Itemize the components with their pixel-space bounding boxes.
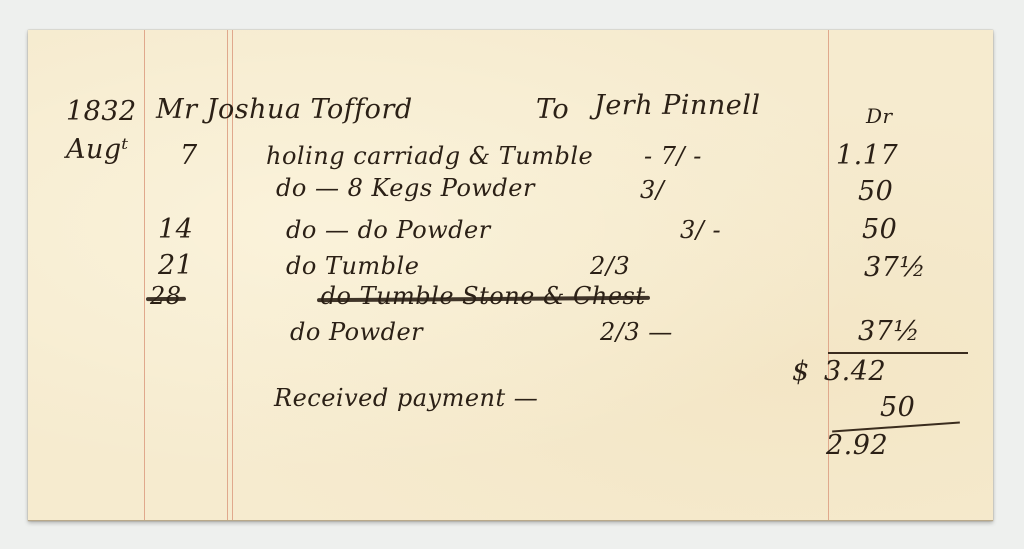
total-amount: 3.42 — [824, 356, 886, 387]
year: 1832 — [66, 96, 137, 127]
entry-amount: 1.17 — [836, 140, 898, 171]
dollar-sign: $ — [792, 356, 810, 387]
to-label: To — [536, 94, 569, 125]
entry-item: do Tumble — [286, 252, 419, 280]
entry-rate: - 7/ - — [644, 142, 702, 170]
entry-item: do — do Powder — [286, 216, 491, 244]
entry-rate: 3/ — [640, 176, 664, 204]
entry-item: do Tumble Stone & Chest — [321, 282, 646, 310]
ruled-line-date — [144, 30, 145, 520]
debit-label: Dr — [866, 104, 893, 128]
entry-day: 7 — [180, 140, 198, 171]
entry-day: 28 — [150, 282, 182, 310]
entry-amount: 50 — [858, 176, 893, 207]
entry-day: 14 — [158, 214, 193, 245]
entry-day: 21 — [158, 250, 193, 281]
entry-rate: 2/3 — — [600, 318, 673, 346]
month: Augᵗ — [66, 134, 129, 165]
payment-label: Received payment — — [274, 384, 538, 412]
entry-item: do Powder — [290, 318, 423, 346]
entry-rate: 2/3 — [590, 252, 630, 280]
creditor-name: Jerh Pinnell — [594, 90, 761, 121]
entry-amount: 37½ — [864, 252, 926, 283]
entry-item: do — 8 Kegs Powder — [276, 174, 535, 202]
entry-rate: 3/ - — [680, 216, 721, 244]
ledger-paper: 1832 Augᵗ Mr Joshua Tofford To Jerh Pinn… — [28, 30, 993, 521]
entry-amount: 50 — [862, 214, 897, 245]
payment-amount: 50 — [880, 392, 915, 423]
entry-row-struck: 28 do Tumble Stone & Chest 3/ 50 — [28, 30, 993, 58]
total-underline — [828, 352, 968, 354]
entry-amount: 37½ — [858, 316, 920, 347]
debtor-name: Mr Joshua Tofford — [156, 94, 413, 125]
entry-item: holing carriadg & Tumble — [266, 142, 593, 170]
balance-amount: 2.92 — [826, 430, 888, 461]
